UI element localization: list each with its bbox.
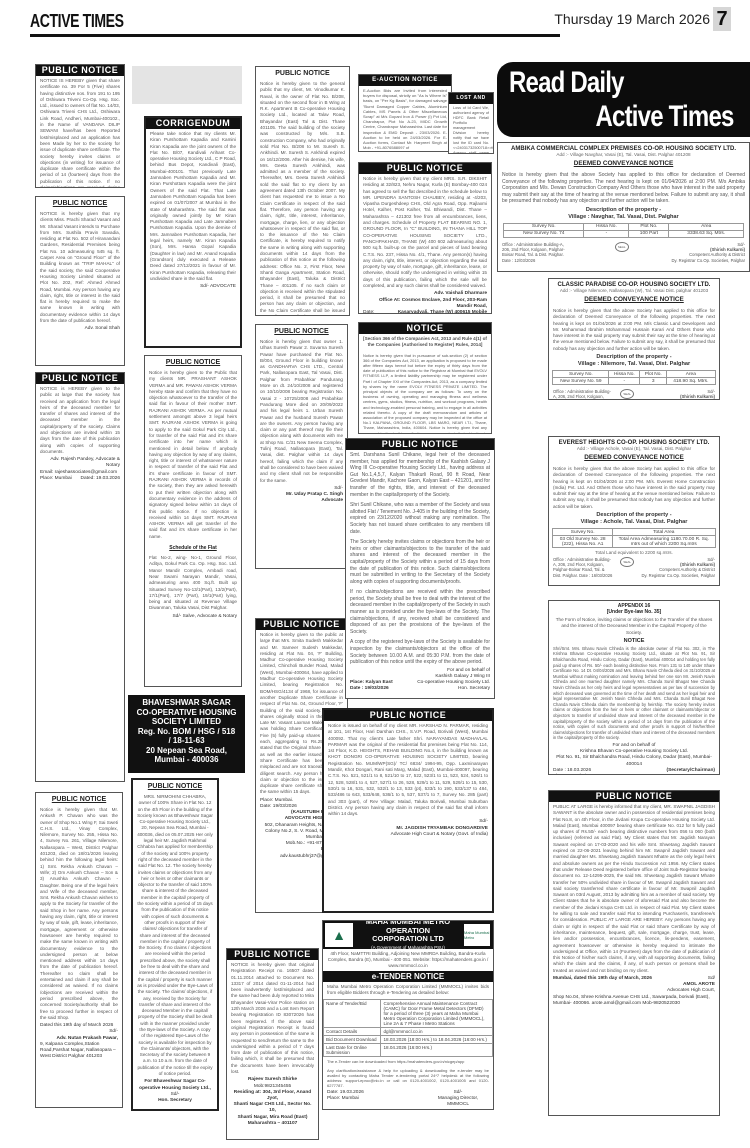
notice-e-auction: E-AUCTION NOTICE E-Auction Bids are Invi…	[358, 74, 452, 152]
signature-society: For Bhaveshwar Sagar Co-operative Housin…	[133, 1079, 217, 1091]
notice-title: PUBLIC NOTICE	[36, 200, 124, 207]
table-row: New Survey No. 74 - 100 Part 3338.63 Sq.…	[504, 230, 744, 237]
notice-signature: Adv. Sonal Shah	[36, 326, 124, 332]
table-row: Bid Document Download18.03.2026 (18:00 H…	[324, 1035, 493, 1043]
column-header: Hissa No.	[584, 223, 629, 230]
masthead: ACTIVE TIMES Thursday 19 March 2026 7	[0, 0, 750, 32]
notice-signature: Adv. Rajesh Pandey, Advocate & Notary	[36, 457, 124, 469]
notice-footer: Office : Administrative Building-A, 206,…	[549, 555, 719, 580]
notice-body: NOTICE is HEREBY given to the public at …	[36, 384, 124, 457]
notice-footer: Office : Administrative Building-A, 206,…	[549, 387, 719, 400]
notice-lost-found: LOST AND FOUND Loss of Id Card We, autho…	[448, 92, 494, 154]
table-header-row: Survey No. Total Area	[553, 529, 715, 536]
row-label: Contact Details	[324, 1027, 381, 1035]
notice-date: Dated: 19.03.2026	[77, 476, 124, 482]
notice-title: PUBLIC NOTICE	[227, 949, 318, 960]
notice-evolv: NOTICE [Section 366 of the Companies Act…	[358, 322, 492, 434]
officer-signature: Sd/- (Shirish Kulkarni) Competent Author…	[672, 242, 745, 263]
notice-place: Place: Mumbai	[323, 1096, 363, 1102]
advocate-office-2: Kasarvadvali, Thane (W) 400615 Mobile No…	[393, 310, 491, 314]
property-village: Village : Navghar, Tal. Vasai, Dist. Pal…	[498, 214, 749, 221]
notice-title: DEEMED CONVEYANCE NOTICE	[549, 454, 719, 461]
advocate-role: Advocate	[256, 498, 347, 504]
notice-title: E-AUCTION NOTICE	[359, 75, 451, 86]
column-header: Area	[667, 371, 716, 378]
signatory-org: MMMOCL	[323, 1102, 493, 1108]
notice-pawar: PUBLIC NOTICE Notice is hereby given tha…	[255, 324, 348, 569]
notice-body: Shri/Smt. Mrs. Bhanu Navin Chheda is the…	[549, 644, 719, 743]
column-header: Survey No.	[553, 529, 613, 536]
signatory-address: Shanti Nagar, Mira Road (East)	[227, 1115, 318, 1121]
seal-icon: SEAL	[620, 389, 634, 399]
notice-date: Date: 19/03/2026	[359, 310, 393, 314]
banner-line: Reg. No. BOM / HSG / 518	[128, 727, 245, 737]
notice-corrigendum: CORRIGENDUM NOTICE Please take notice th…	[144, 116, 242, 348]
signature-role: (Secretary/Chairman)	[662, 768, 719, 774]
notice-place: Place: Mumbai	[36, 476, 76, 482]
notice-kailash: PUBLIC NOTICE NOTICE is HEREBY given to …	[35, 372, 125, 782]
row-value: 18.03.2026 (18:00 Hrs.) to 18.04.2026 (1…	[381, 1035, 493, 1043]
mmrda-logo-icon: ▲	[325, 923, 353, 947]
table-cell: New Survey No. 59	[553, 378, 609, 385]
society-address: Add :- Village Achole, Vasai (E), Tal. V…	[549, 446, 719, 451]
notice-kashish: PUBLIC NOTICE Smt. Darshana Sunil Chikan…	[345, 438, 495, 699]
banner-line: Mumbai - 400036	[128, 755, 245, 765]
notice-appendix-16: APPENDIX 16 [Under Bye-law No. 35] The F…	[548, 600, 720, 775]
table-cell: Total Area Admeasuring 1180.70.00 R. Sq.…	[612, 536, 715, 548]
table-cell: New Survey No. 74	[504, 230, 584, 237]
notice-signature: Sd/- Salve, Advocate & Notary	[145, 614, 241, 620]
notice-parmar: PUBLIC NOTICE Notice is issued on behalf…	[322, 708, 494, 913]
property-table: Survey No. Hissa No. Plot No. Area New S…	[552, 370, 715, 385]
notice-subtitle: [Section 366 of the Companies Act, 2013 …	[359, 334, 491, 351]
advocate-address: 9, Kalpana Complex,Station Road,Parshat …	[36, 1042, 122, 1061]
notice-raval: PUBLIC NOTICE Notice is hereby given to …	[255, 66, 350, 316]
notice-title: PUBLIC NOTICE	[346, 439, 494, 450]
notice-oshiwara: PUBLIC NOTICE NOTICE IS HEREBY given tha…	[35, 64, 125, 188]
advocate-address: Shop No.04, Shree Krishna Avenue CHS Ltd…	[549, 995, 719, 1007]
notice-body: Notice is hereby given that the above So…	[549, 306, 719, 354]
notice-title: PUBLIC NOTICE	[36, 373, 124, 384]
notice-body: Notice is hereby given that in pursuance…	[359, 351, 491, 434]
notice-mira-road: PUBLIC NOTICE NOTICE is hereby given tha…	[226, 948, 319, 1140]
notice-body: Notice is hereby given that the above So…	[549, 464, 719, 512]
notice-body: MRS. NIRMOHINI CHHABRA, owner of 100% Sh…	[133, 792, 217, 1079]
table-row: New Survey No. 59 - 3 418.90 Sq. Mtrs.	[553, 378, 715, 385]
promo-line-1: Read Daily	[509, 66, 624, 100]
notice-para-5: A copy of the registered bye-laws of the…	[346, 637, 494, 667]
notice-para-3: The Society hereby invites claims or obj…	[346, 537, 494, 587]
row-label: Last Date for Online Submission	[324, 1043, 381, 1056]
table-cell: 3	[640, 378, 667, 385]
notice-body: Notice is hereby given that my client MR…	[359, 174, 491, 291]
notice-title: PUBLIC NOTICE	[36, 65, 124, 76]
notice-para-2: Shri Sunil Chikane, who was a member of …	[346, 500, 494, 537]
property-description-title: Description of the property -	[498, 207, 749, 214]
etender-title: e-TENDER NOTICE	[323, 971, 493, 982]
signature-address: Plot No. 91, Sir Bhalchandra Road, Hindu…	[549, 755, 719, 767]
schedule-body: Flat No-2, wing- No-1, Ground Floor, Adi…	[145, 553, 241, 614]
notice-footer: Office : Administrative Building-A, 206,…	[498, 240, 749, 265]
property-table: Survey No. Total Area 03 Old Survey No. …	[552, 528, 715, 548]
notice-date: Date : 19/03/2026	[346, 686, 393, 692]
notice-title: PUBLIC NOTICE	[359, 163, 491, 174]
officer-designation-2: Dy. Registrar Co.Op. Societies, Palghar	[672, 258, 745, 263]
seal-icon: SEAL	[615, 242, 629, 252]
table-row: Last Date for Online Submission18.04.202…	[324, 1043, 493, 1056]
notice-sawant: PUBLIC NOTICE PUBLIC AT LARGE is hereby …	[548, 790, 720, 1116]
promo-line-2: Active Times	[596, 100, 734, 134]
notice-title: PUBLIC NOTICE	[549, 791, 719, 802]
advocate-office: Office At: Cosmos Enclave, 2nd Floor, 20…	[359, 298, 491, 310]
notice-place: Place : Mumbai	[549, 774, 719, 775]
notice-body: Please take notice that my clients Mr. K…	[146, 129, 240, 284]
notice-title: NOTICE	[359, 323, 491, 334]
notice-classic-deemed-conveyance: CLASSIC PARADISE CO-OP. HOUSING SOCIETY …	[548, 278, 720, 400]
property-village: Village : Achole, Tal. Vasai, Dist. Palg…	[549, 519, 719, 526]
signature-role: Hon. Secretary	[133, 1098, 217, 1104]
row-label: Name of Tender/Bid	[324, 999, 381, 1027]
table-cell: 418.90 Sq. Mtrs.	[667, 378, 716, 385]
property-description-title: Description of the property -	[549, 512, 719, 519]
column-header: Plot No.	[629, 223, 669, 230]
issue-date: Thursday 19 March 2026	[554, 11, 710, 27]
metro-org-name: MAHA MUMBAI METRO OPERATION CORPORATION …	[355, 920, 461, 952]
banner-line: BHAVESHWAR SAGAR	[128, 698, 245, 708]
row-value: 18.04.2026 (16:00 Hrs.)	[381, 1043, 493, 1056]
notice-title: DEEMED CONVEYANCE NOTICE	[549, 296, 719, 303]
office-address: Office : Administrative Building-A, 206,…	[553, 557, 613, 578]
notice-verma: PUBLIC NOTICE Notice is hereby given to …	[144, 355, 242, 687]
signatory-address: Shanti Nagar CHS Ltd., Sector No. 10,	[227, 1102, 318, 1114]
notice-title: CORRIGENDUM NOTICE	[146, 118, 240, 129]
table-row: Contact Detailsdgl@mmmocl.co.in	[324, 1027, 493, 1035]
newspaper-title: ACTIVE TIMES	[30, 11, 124, 32]
banner-line: SOCIETY LIMITED	[128, 717, 245, 727]
table-cell: 3338.63 Sq. Mtrs.	[669, 230, 744, 237]
column-header: Area	[669, 223, 744, 230]
table-row: Name of Tender/BidComprehensive Annual M…	[324, 999, 493, 1027]
notice-para-4: If no claims/objections are received wit…	[346, 587, 494, 637]
bhavsagar-banner: BHAVESHWAR SAGAR CO-OPERATIVE HOUSING SO…	[128, 695, 245, 773]
officer-designation: Competent Authority & District	[642, 399, 715, 400]
etender-footer-1: The e-Tender can be downloaded from http…	[323, 1057, 493, 1066]
notice-ambika-deemed-conveyance: AMBIKA COMMERCIAL COMPLEX PREMISES CO-OP…	[497, 142, 750, 272]
notice-title: DEEMED CONVEYANCE NOTICE	[498, 160, 749, 167]
officer-designation-2: Dy. Registrar Co.Op. Societies, Palghar	[642, 573, 715, 578]
table-cell: -	[584, 230, 629, 237]
column-header: Survey No.	[504, 223, 584, 230]
officer-signature: Sd/- (Shirish Kulkarni) Competent Author…	[642, 389, 715, 400]
banner-line: 20 Nepean Sea Road,	[128, 746, 245, 756]
etender-table: Name of Tender/BidComprehensive Annual M…	[323, 999, 493, 1057]
etender-intro: Maha Mumbai Metro Operation Corporation …	[323, 982, 493, 999]
notice-body: Notice is hereby given that Mr. Ankush P…	[36, 805, 122, 1023]
notice-body: NOTICE IS HEREBY given that share certif…	[36, 76, 124, 188]
office-address: Office : Administrative Building-A, 206,…	[502, 242, 572, 263]
advocate-role: Advocate High Court & Notary (Govt. of I…	[324, 832, 492, 838]
row-value: Comprehensive Annual Maintenance Contrac…	[381, 999, 493, 1027]
property-village: Village : Nilemore, Tal. Vasai, Dist. Pa…	[549, 361, 719, 368]
column-header: Plot No.	[640, 371, 667, 378]
notice-body: NOTICE is hereby given that my clients M…	[36, 209, 124, 326]
ad-placeholder	[132, 66, 242, 104]
metro-e-tender: ▲ MAHA MUMBAI METRO OPERATION CORPORATIO…	[322, 920, 494, 1110]
table-cell: 03 Old Survey No. 28 (222), Hissa No. A1	[553, 536, 613, 548]
notice-title: PUBLIC NOTICE	[36, 796, 122, 803]
notice-title: PUBLIC NOTICE	[256, 70, 349, 77]
seal-icon: SEAL	[620, 557, 634, 567]
notice-title: PUBLIC NOTICE	[256, 619, 347, 630]
notice-body: NOTICE is hereby given that original Reg…	[227, 960, 318, 1077]
maha-mumbai-metro-logo-icon: Maha Mumbai Metro	[464, 924, 490, 946]
notice-body: Notice is hereby given to the Public tha…	[145, 368, 241, 542]
society-address: Add :- Village Navghar, Vasai (E), Tal. …	[498, 152, 749, 157]
notice-title: PUBLIC NOTICE	[324, 710, 492, 721]
notice-body: E-Auction Bids are Invited from interest…	[359, 86, 451, 152]
notice-body: Loss of Id Card We, authorized agency of…	[449, 104, 493, 154]
notice-everest-deemed-conveyance: EVEREST HEIGHTS CO-OP. HOUSING SOCIETY L…	[548, 436, 720, 586]
table-cell: -	[609, 378, 640, 385]
notice-body: Notice is hereby given to the general pu…	[256, 79, 349, 316]
notice-signature: Sd/- ADVOCATE	[146, 284, 240, 290]
signatory-address: Maharashtra – 401107	[227, 1121, 318, 1127]
notice-title: LOST AND FOUND	[449, 93, 493, 104]
notice-title: PUBLIC NOTICE	[256, 328, 347, 335]
signature-role: Hon. Secretary	[454, 686, 494, 692]
table-cell: 100 Part	[629, 230, 669, 237]
notice-dated: Mumbai, dated this 19th day of March, 20…	[549, 976, 656, 982]
read-daily-promo: Read Daily Active Times	[497, 62, 750, 137]
notice-para-1: Smt. Darshana Sunil Chikane, legal heir …	[346, 450, 494, 500]
table-header-row: Survey No. Hissa No. Plot No. Area	[553, 371, 715, 378]
notice-title: PUBLIC NOTICE	[145, 359, 241, 366]
notice-chavan: PUBLIC NOTICE Notice is hereby given tha…	[35, 792, 123, 1108]
notice-vasant: PUBLIC NOTICE NOTICE is hereby given tha…	[35, 196, 125, 366]
metro-address: 4th Floor, NaMTTRI Building, Adjoining N…	[323, 949, 493, 971]
column-header: Hissa No.	[609, 371, 640, 378]
notice-body: Notice is issued on behalf of my client …	[324, 721, 492, 819]
row-label: Bid Document Download	[324, 1035, 381, 1043]
property-description-title: Description of the property -	[549, 354, 719, 361]
notice-bhavsagar: PUBLIC NOTICE MRS. NIRMOHINI CHHABRA, ow…	[131, 778, 219, 1111]
office-address: Office : Administrative Building-A, 206,…	[553, 389, 613, 400]
table-row: 03 Old Survey No. 28 (222), Hissa No. A1…	[553, 536, 715, 548]
notice-dikshit: PUBLIC NOTICE Notice is hereby given tha…	[358, 162, 492, 314]
notice-body: Notice is hereby given that owner 1. Ulh…	[256, 337, 347, 486]
schedule-title: Schedule of the Flat	[145, 545, 241, 551]
org-line-2: CORPORATION LTD	[355, 935, 461, 944]
etender-footer-2: Any clarification/assistance & help for …	[323, 1066, 493, 1090]
notice-title: PUBLIC NOTICE	[133, 783, 217, 790]
column-header: Total Area	[612, 529, 715, 536]
banner-line: CO-OPERATIVE HOUSING	[128, 708, 245, 718]
table-header-row: Survey No. Hissa No. Plot No. Area	[504, 223, 744, 230]
notice-body: Notice is hereby given that the above So…	[498, 170, 749, 207]
property-table: Survey No. Hissa No. Plot No. Area New S…	[503, 223, 744, 238]
signatory-address: Residing at: 304, 3rd Floor, Anand Jyot,	[227, 1090, 318, 1102]
officer-signature: Sd/- (Shirish Kulkarni) Competent Author…	[642, 557, 715, 578]
society-address: Add :- Village Nilemore, Nallasopara (W)…	[549, 288, 719, 293]
masthead-rule	[30, 34, 560, 37]
notice-body: PUBLIC AT LARGE is hereby informed that …	[549, 802, 719, 976]
metro-header: ▲ MAHA MUMBAI METRO OPERATION CORPORATIO…	[323, 921, 493, 949]
appendix-intro: The Form of Notice, inviting claims or o…	[549, 615, 719, 638]
row-value[interactable]: dgl@mmmocl.co.in	[381, 1027, 493, 1035]
column-header: Survey No.	[553, 371, 609, 378]
org-line-1: MAHA MUMBAI METRO OPERATION	[355, 920, 461, 935]
page-number: 7	[713, 7, 731, 31]
banner-line: / 18-11-63	[128, 736, 245, 746]
